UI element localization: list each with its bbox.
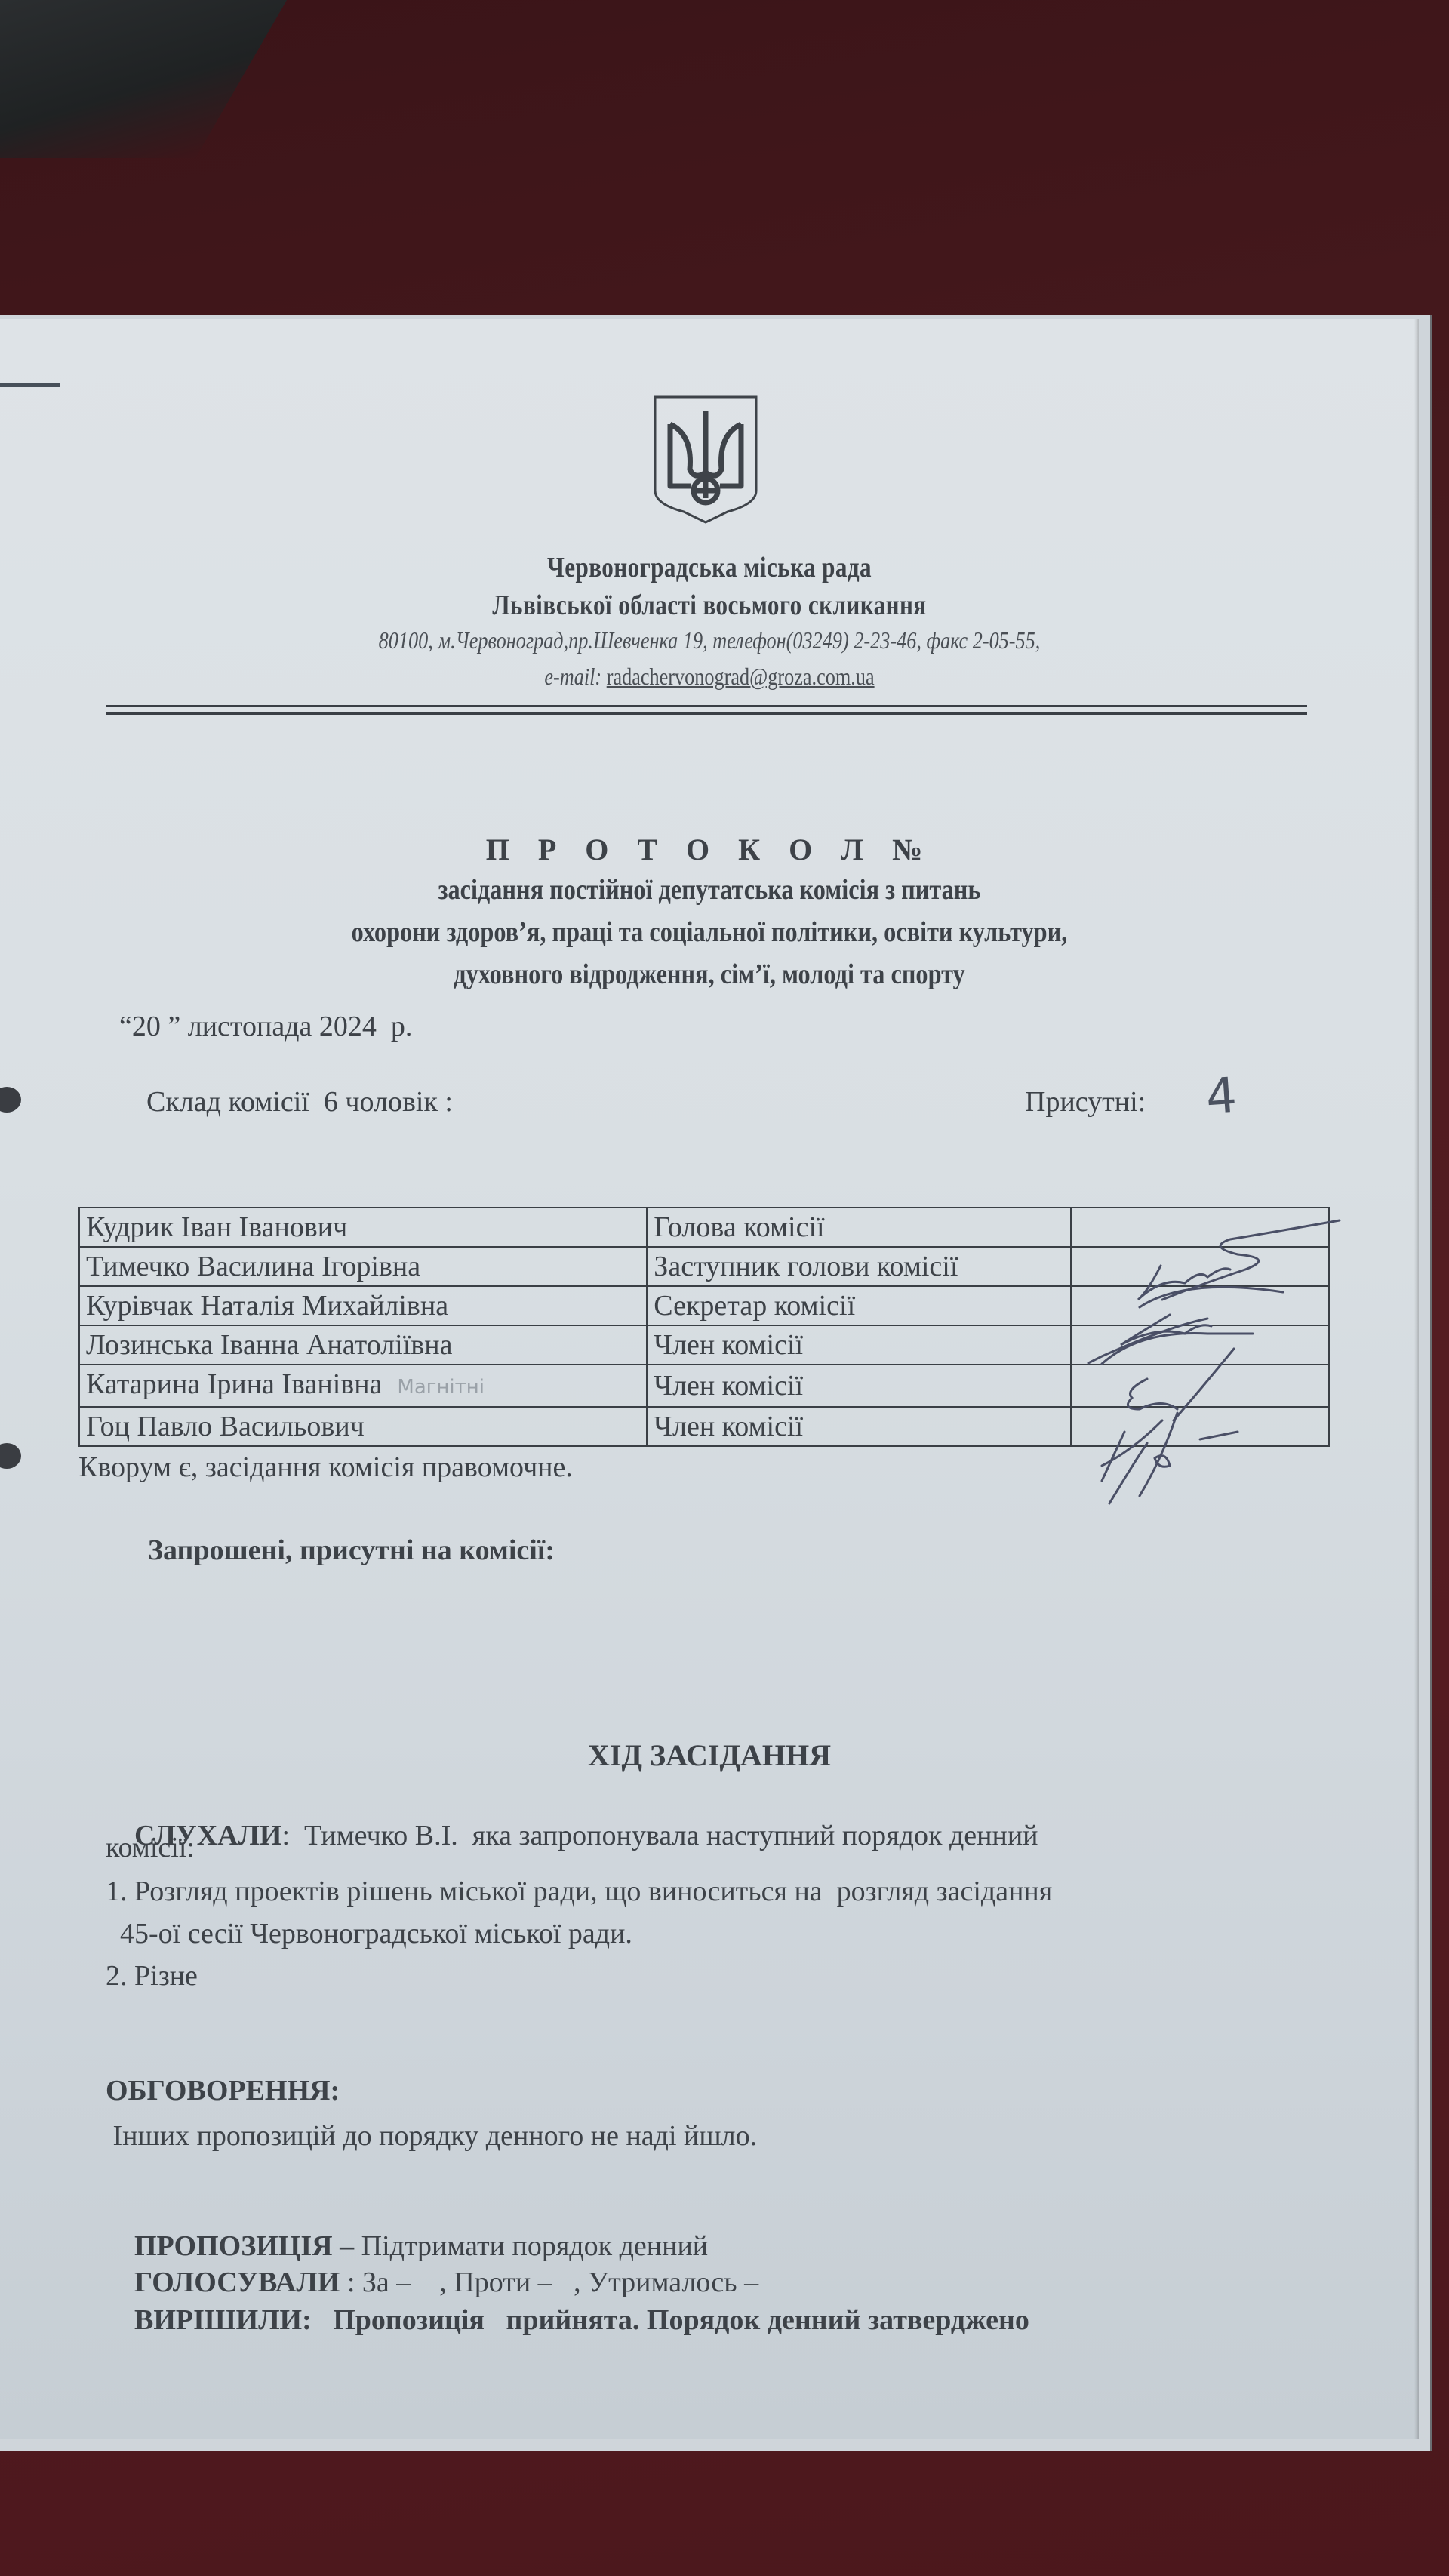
org-name: Червоноградська міська рада	[128, 551, 1291, 584]
member-name-text: Лозинська Іванна Анатоліївна	[86, 1329, 452, 1361]
member-role: Голова комісії	[647, 1208, 1070, 1247]
member-role: Член комісії	[647, 1407, 1070, 1446]
member-role: Секретар комісії	[647, 1286, 1070, 1325]
member-name-text: Катарина Ірина Іванівна	[86, 1368, 382, 1400]
org-address: 80100, м.Червоноград,пр.Шевченка 19, тел…	[128, 626, 1291, 654]
punch-hole	[0, 1087, 21, 1113]
discussion-label: ОБГОВОРЕННЯ:	[106, 2074, 340, 2107]
heard-line: СЛУХАЛИ: Тимечко В.І. яка запропонувала …	[106, 1786, 1038, 1885]
member-name-text: Курівчак Наталія Михайлівна	[86, 1290, 448, 1322]
agenda-item-2: 2. Різне	[106, 1959, 198, 1993]
email-label: e-mail:	[544, 663, 601, 690]
member-name-text: Тимечко Василина Ігорівна	[86, 1251, 420, 1282]
document-subtitle-1: засідання постійної депутатська комісія …	[106, 869, 1312, 910]
proceedings-heading: ХІД ЗАСІДАННЯ	[0, 1737, 1419, 1773]
header-rule	[106, 712, 1307, 715]
decided-line: ВИРІШИЛИ: Пропозиція прийнята. Порядок д…	[106, 2270, 1029, 2370]
agenda-item-1-cont: 45-ої сесії Червоноградської міської рад…	[106, 1917, 632, 1950]
handwritten-note: Магнітні	[397, 1376, 485, 1399]
document-page: Червоноградська міська рада Львівської о…	[0, 319, 1419, 2439]
member-role: Член комісії	[647, 1325, 1070, 1365]
meeting-date: “20 ” листопада 2024 р.	[119, 1010, 412, 1043]
member-role: Заступник голови комісії	[647, 1247, 1070, 1286]
member-name-text: Гоц Павло Васильович	[86, 1411, 365, 1442]
document-subtitle-2: охорони здоров’я, праці та соціальної по…	[106, 912, 1312, 953]
invited-label: Запрошені, присутні на комісії:	[148, 1534, 555, 1567]
header-rule	[106, 705, 1307, 707]
member-name: Гоц Павло Васильович	[79, 1407, 647, 1446]
member-name: Лозинська Іванна Анатоліївна	[79, 1325, 647, 1365]
stray-mark	[0, 383, 60, 387]
present-label: Присутні:	[1025, 1085, 1146, 1119]
member-name: Катарина Ірина ІванівнаМагнітні	[79, 1365, 647, 1407]
document-subtitle-3: духовного відродження, сім’ї, молоді та …	[106, 954, 1312, 995]
background-cloth	[0, 0, 287, 158]
decided-text: Пропозиція прийнята. Порядок денний затв…	[312, 2304, 1029, 2336]
email-link[interactable]: radachervonograd@groza.com.ua	[607, 663, 875, 690]
member-name: Кудрик Іван Іванович	[79, 1208, 647, 1247]
discussion-text: Інших пропозицій до порядку денного не н…	[106, 2119, 757, 2153]
member-name: Курівчак Наталія Михайлівна	[79, 1286, 647, 1325]
member-role: Член комісії	[647, 1365, 1070, 1407]
document-title: П Р О Т О К О Л №	[0, 832, 1419, 867]
composition-label: Склад комісії 6 чоловік :	[146, 1085, 453, 1119]
org-convocation: Львівської області восьмого скликання	[128, 589, 1291, 622]
agenda-item-1: 1. Розгляд проектів рішень міської ради,…	[106, 1875, 1052, 1908]
punch-hole	[0, 1443, 21, 1469]
signatures-icon	[1049, 1194, 1366, 1526]
heard-text: : Тимечко В.І. яка запропонувала наступн…	[281, 1820, 1038, 1851]
member-name: Тимечко Василина Ігорівна	[79, 1247, 647, 1286]
heard-text-cont: комісії:	[106, 1831, 195, 1864]
present-count-handwritten: 4	[1204, 1068, 1238, 1126]
quorum-text: Кворум є, засідання комісія правомочне.	[78, 1451, 573, 1484]
decided-label: ВИРІШИЛИ:	[134, 2304, 312, 2336]
member-name-text: Кудрик Іван Іванович	[86, 1211, 347, 1243]
ukraine-coat-of-arms-icon	[652, 394, 759, 525]
